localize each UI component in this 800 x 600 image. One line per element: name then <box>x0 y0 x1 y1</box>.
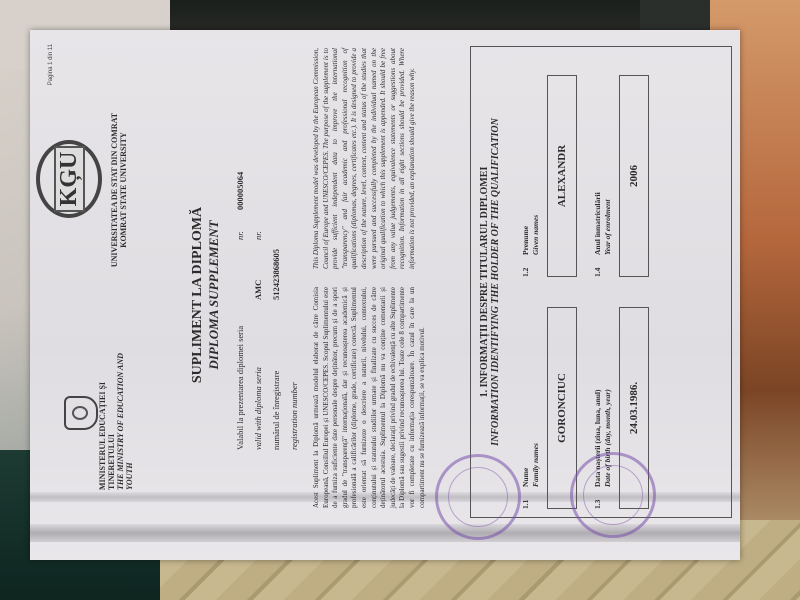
official-stamp-icon <box>435 454 521 540</box>
official-stamp-icon <box>570 452 656 538</box>
moldova-coat-of-arms-icon <box>64 396 98 430</box>
intro-paragraph-ro: Acest Supliment la Diplomă urmează model… <box>312 287 427 508</box>
document-photo: Pagina 1 din 11 Ministerul Educației și … <box>30 30 740 560</box>
diploma-validity: Valabil la prezentarea diplomei seria nr… <box>235 70 307 450</box>
document-header: Ministerul Educației și Tineretului The … <box>58 30 178 560</box>
diploma-series: AMC <box>253 240 263 300</box>
document-title: SUPLIMENT LA DIPLOMĂ DIPLOMA SUPPLEMENT <box>190 30 222 560</box>
page-counter: Pagina 1 din 11 <box>48 44 54 85</box>
intro-paragraphs: Acest Supliment la Diplomă urmează model… <box>312 48 427 508</box>
ministry-name: Ministerul Educației și Tineretului The … <box>98 330 134 490</box>
section-holder-information: 1. Informații despre titularul diplomei … <box>470 46 732 518</box>
diploma-number: 000005064 <box>235 172 245 210</box>
university-logo-icon: KĢU <box>36 140 102 218</box>
university-name: Universitatea de Stat din Comrat Komrat … <box>110 90 128 290</box>
diploma-supplement-page: Pagina 1 din 11 Ministerul Educației și … <box>30 30 740 560</box>
intro-paragraph-en: This Diploma Supplement model was develo… <box>312 48 427 269</box>
registration-number: 512423868605 <box>271 249 281 300</box>
